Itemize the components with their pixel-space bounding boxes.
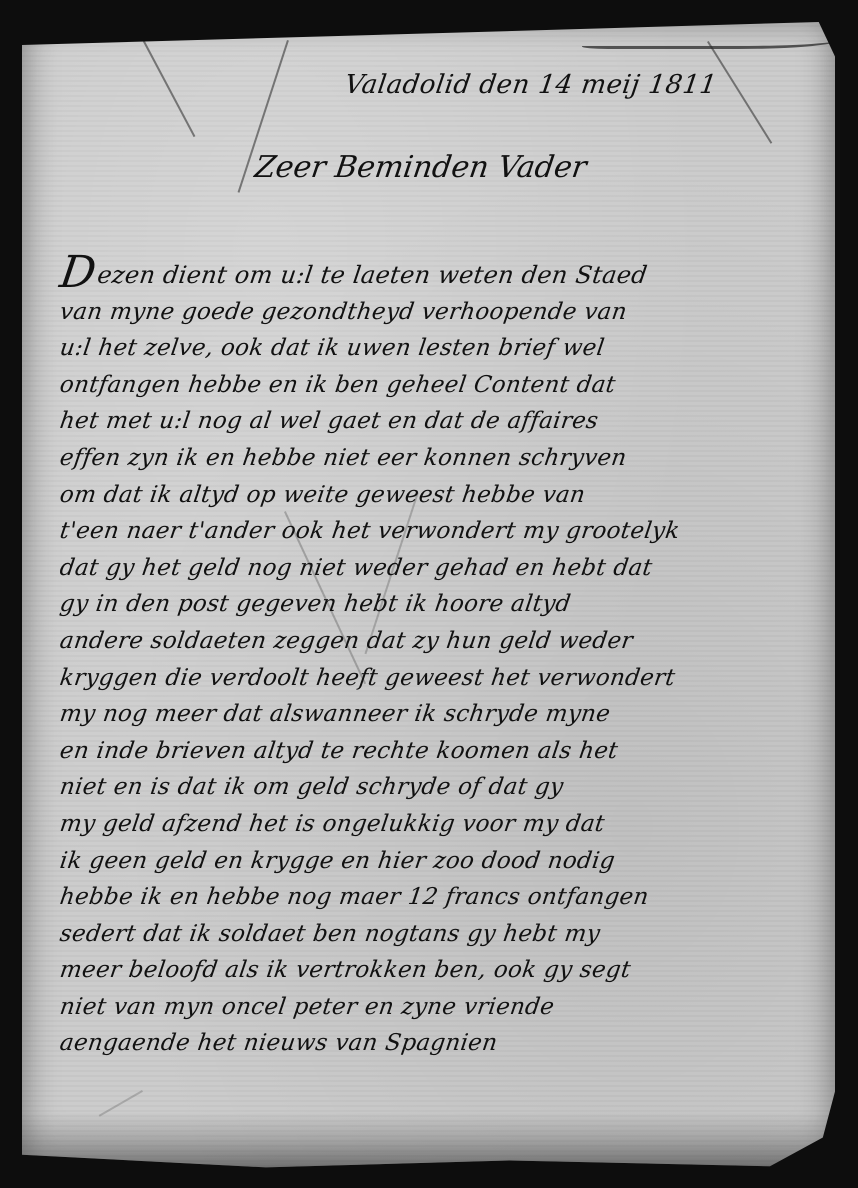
letter-line: andere soldaeten zeggen dat zy hun geld … bbox=[57, 623, 842, 660]
letter-line: gy in den post gegeven hebt ik hoore alt… bbox=[57, 586, 842, 623]
salutation: Zeer Beminden Vader bbox=[253, 150, 589, 185]
letter-line: effen zyn ik en hebbe niet eer konnen sc… bbox=[57, 440, 842, 477]
place-date: Valadolid den 14 meij 1811 bbox=[343, 70, 719, 100]
fold-crease bbox=[707, 41, 772, 144]
letter-line: Dezen dient om u:l te laeten weten den S… bbox=[57, 257, 842, 294]
letter-line: van myne goede gezondtheyd verhoopende v… bbox=[57, 294, 842, 331]
letter-body: Dezen dient om u:l te laeten weten den S… bbox=[60, 257, 840, 1062]
drop-cap: D bbox=[57, 247, 100, 298]
letter-line: niet van myn oncel peter en zyne vriende bbox=[57, 989, 842, 1026]
scanned-letter: Valadolid den 14 meij 1811 Zeer Beminden… bbox=[0, 0, 858, 1188]
letter-line: en inde brieven altyd te rechte koomen a… bbox=[57, 733, 842, 770]
letter-line: sedert dat ik soldaet ben nogtans gy heb… bbox=[57, 916, 842, 953]
letter-line: ontfangen hebbe en ik ben geheel Content… bbox=[57, 367, 842, 404]
letter-line: kryggen die verdoolt heeft geweest het v… bbox=[57, 660, 842, 697]
letter-line: my nog meer dat alswanneer ik schryde my… bbox=[57, 696, 842, 733]
letter-line: meer beloofd als ik vertrokken ben, ook … bbox=[57, 952, 842, 989]
letter-line: t'een naer t'ander ook het verwondert my… bbox=[57, 513, 842, 550]
paper-sheet: Valadolid den 14 meij 1811 Zeer Beminden… bbox=[22, 22, 835, 1172]
letter-line: hebbe ik en hebbe nog maer 12 francs ont… bbox=[57, 879, 842, 916]
letter-line: niet en is dat ik om geld schryde of dat… bbox=[57, 769, 842, 806]
fold-crease bbox=[142, 39, 195, 137]
letter-line: aengaende het nieuws van Spagnien bbox=[57, 1025, 842, 1062]
letter-line: my geld afzend het is ongelukkig voor my… bbox=[57, 806, 842, 843]
letter-line: u:l het zelve, ook dat ik uwen lesten br… bbox=[57, 330, 842, 367]
letter-line: ik geen geld en krygge en hier zoo dood … bbox=[57, 843, 842, 880]
letter-line: dat gy het geld nog niet weder gehad en … bbox=[57, 550, 842, 587]
letter-line: om dat ik altyd op weite geweest hebbe v… bbox=[57, 477, 842, 514]
paper-shadow bbox=[22, 1112, 835, 1172]
letter-line: het met u:l nog al wel gaet en dat de af… bbox=[57, 403, 842, 440]
